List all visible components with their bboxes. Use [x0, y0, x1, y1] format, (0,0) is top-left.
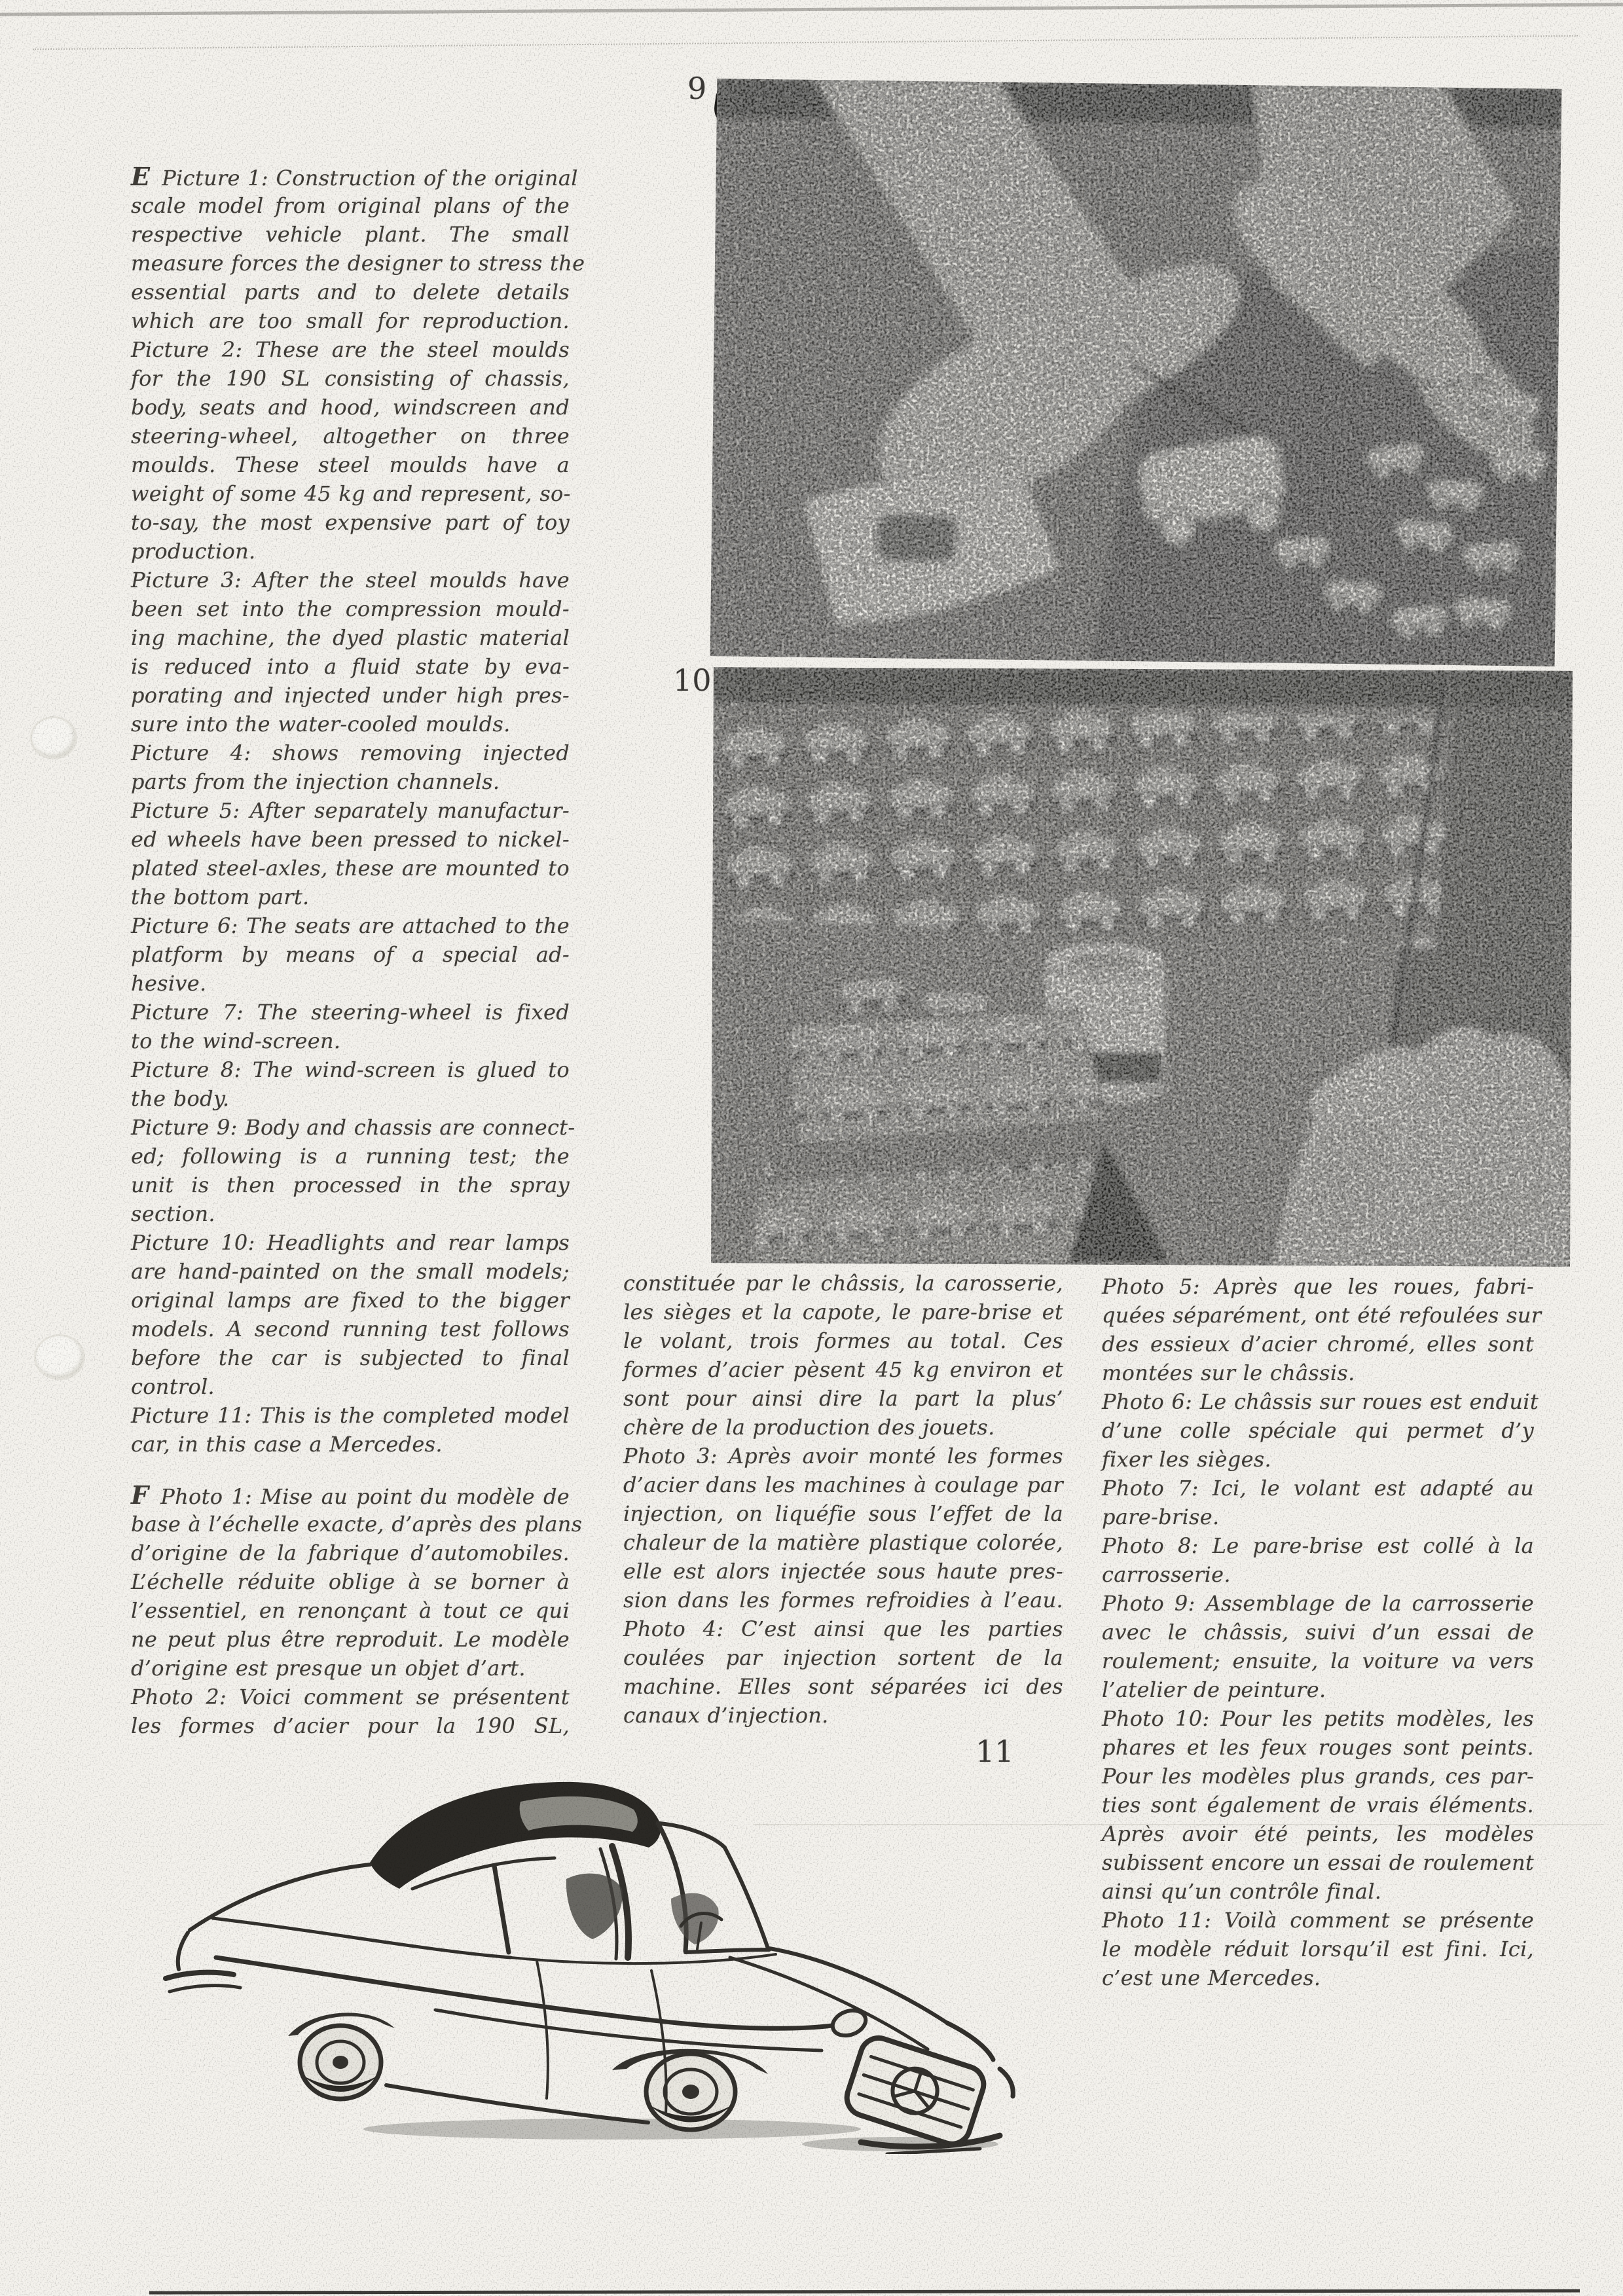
- text-line: unit is then processed in the spray: [131, 1171, 570, 1199]
- text-line: sion dans les formes refroidies à l’eau.: [623, 1586, 1063, 1614]
- text-line: respective vehicle plant. The small: [131, 220, 570, 249]
- text-line: carrosserie.: [1102, 1560, 1534, 1589]
- text-line: chère de la production des jouets.: [623, 1413, 1063, 1442]
- text-line: fixer les sièges.: [1102, 1445, 1534, 1474]
- text-line: ed wheels have been pressed to nickel-: [131, 825, 570, 854]
- scan-bottom-line: [149, 2289, 1580, 2294]
- text-line: subissent encore un essai de roulement: [1102, 1848, 1534, 1877]
- text-line: constituée par le châssis, la carosserie…: [623, 1269, 1063, 1298]
- text-line: Picture 3: After the steel moulds have: [131, 566, 570, 594]
- text-line: plated steel-axles, these are mounted to: [131, 854, 570, 883]
- column-french-middle: constituée par le châssis, la carosserie…: [623, 1269, 1063, 1730]
- text-line: Photo 5: Après que les roues, fabri-: [1102, 1272, 1534, 1301]
- scan-edge-line: [0, 3, 1623, 16]
- text-line: Picture 10: Headlights and rear lamps: [131, 1228, 570, 1257]
- text-line: FPhoto 1: Mise au point du modèle de: [131, 1481, 570, 1510]
- text-line: the bottom part.: [131, 883, 570, 911]
- text-line: les formes d’acier pour la 190 SL,: [131, 1711, 570, 1740]
- text-line: EPicture 1: Construction of the original: [131, 162, 570, 191]
- text-line: d’une colle spéciale qui permet d’y: [1102, 1416, 1534, 1445]
- text-line: ed; following is a running test; the: [131, 1142, 570, 1171]
- text-line: machine. Elles sont séparées ici des: [623, 1672, 1063, 1701]
- column-french-left: FPhoto 1: Mise au point du modèle debase…: [131, 1481, 570, 1740]
- text-line: is reduced into a fluid state by eva-: [131, 652, 570, 681]
- text-line: Photo 3: Après avoir monté les formes: [623, 1442, 1063, 1470]
- plate-number-9: 9: [687, 71, 706, 106]
- text-line: c’est une Mercedes.: [1102, 1963, 1534, 1992]
- text-line: moulds. These steel moulds have a: [131, 450, 570, 479]
- text-line: roulement; ensuite, la voiture va vers: [1102, 1647, 1534, 1675]
- column-english: EPicture 1: Construction of the original…: [131, 162, 570, 1459]
- text-line: chaleur de la matière plastique colorée,: [623, 1528, 1063, 1557]
- text-line: elle est alors injectée sous haute pres-: [623, 1557, 1063, 1586]
- text-line: d’origine de la fabrique d’automobiles.: [131, 1539, 570, 1567]
- text-line: Picture 8: The wind-screen is glued to: [131, 1055, 570, 1084]
- text-line: body, seats and hood, windscreen and: [131, 393, 570, 422]
- text-line: hesive.: [131, 969, 570, 998]
- text-line: Photo 8: Le pare-brise est collé à la: [1102, 1531, 1534, 1560]
- text-line: sont pour ainsi dire la part la plus’: [623, 1384, 1063, 1413]
- text-line: original lamps are fixed to the bigger: [131, 1286, 570, 1315]
- text-line: essential parts and to delete details: [131, 278, 570, 306]
- text-line: le volant, trois formes au total. Ces: [623, 1326, 1063, 1355]
- text-line: Photo 9: Assemblage de la carrosserie: [1102, 1589, 1534, 1618]
- text-line: for the 190 SL consisting of chassis,: [131, 364, 570, 393]
- column-french-right: Photo 5: Après que les roues, fabri-quée…: [1102, 1272, 1534, 1992]
- text-line: ainsi qu’un contrôle final.: [1102, 1877, 1534, 1906]
- text-line: Pour les modèles plus grands, ces par-: [1102, 1762, 1534, 1791]
- text-line: porating and injected under high pres-: [131, 681, 570, 710]
- text-line: section.: [131, 1199, 570, 1228]
- text-line: car, in this case a Mercedes.: [131, 1430, 570, 1459]
- text-line: coulées par injection sortent de la: [623, 1643, 1063, 1672]
- text-line: base à l’échelle exacte, d’après des pla…: [131, 1510, 570, 1539]
- text-line: steering-wheel, altogether on three: [131, 422, 570, 450]
- scan-dotted-streak: [33, 35, 1578, 50]
- photo-9-hands-assembling-model-cars: [710, 79, 1562, 666]
- text-line: models. A second running test follows: [131, 1315, 570, 1343]
- text-line: control.: [131, 1372, 570, 1401]
- photo-10-painting-model-cars: [711, 667, 1573, 1267]
- text-line: pare-brise.: [1102, 1503, 1534, 1531]
- text-line: Picture 5: After separately manufactur-: [131, 796, 570, 825]
- text-line: ne peut plus être reproduit. Le modèle: [131, 1625, 570, 1654]
- text-line: scale model from original plans of the: [131, 191, 570, 220]
- text-line: l’atelier de peinture.: [1102, 1675, 1534, 1704]
- text-line: Picture 2: These are the steel moulds: [131, 335, 570, 364]
- text-line: montées sur le châssis.: [1102, 1358, 1534, 1387]
- text-line: formes d’acier pèsent 45 kg environ et: [623, 1355, 1063, 1384]
- text-line: des essieux d’acier chromé, elles sont: [1102, 1330, 1534, 1358]
- plate-number-10: 10: [673, 663, 712, 698]
- text-line: sure into the water-cooled moulds.: [131, 710, 570, 738]
- text-line: quées séparément, ont été refoulées sur: [1102, 1301, 1534, 1330]
- text-line: l’essentiel, en renonçant à tout ce qui: [131, 1596, 570, 1625]
- section-letter: E: [131, 162, 150, 191]
- text-line: Photo 6: Le châssis sur roues est enduit: [1102, 1387, 1534, 1416]
- text-line: d’origine est presque un objet d’art.: [131, 1654, 570, 1683]
- text-line: Photo 11: Voilà comment se présente: [1102, 1906, 1534, 1935]
- punch-hole: [30, 716, 77, 759]
- text-line: Photo 7: Ici, le volant est adapté au: [1102, 1474, 1534, 1503]
- text-line: to the wind-screen.: [131, 1027, 570, 1055]
- text-line: Photo 2: Voici comment se présentent: [131, 1683, 570, 1711]
- text-line: avec le châssis, suivi d’un essai de: [1102, 1618, 1534, 1647]
- text-line: production.: [131, 537, 570, 566]
- text-line: which are too small for reproduction.: [131, 306, 570, 335]
- text-line: injection, on liquéfie sous l’effet de l…: [623, 1499, 1063, 1528]
- text-line: Photo 4: C’est ainsi que les parties: [623, 1614, 1063, 1643]
- text-line: d’acier dans les machines à coulage par: [623, 1470, 1063, 1499]
- text-line: phares et les feux rouges sont peints.: [1102, 1733, 1534, 1762]
- text-line: before the car is subjected to final: [131, 1343, 570, 1372]
- text-line: ties sont également de vrais éléments.: [1102, 1791, 1534, 1819]
- text-line: the body.: [131, 1084, 570, 1113]
- text-line: Picture 7: The steering-wheel is fixed: [131, 998, 570, 1027]
- text-line: le modèle réduit lorsqu’il est fini. Ici…: [1102, 1935, 1534, 1963]
- punch-hole: [34, 1334, 85, 1380]
- text-line: to-say, the most expensive part of toy: [131, 508, 570, 537]
- text-line: weight of some 45 kg and represent, so-: [131, 479, 570, 508]
- text-line: Picture 4: shows removing injected: [131, 738, 570, 767]
- text-line: been set into the compression mould-: [131, 594, 570, 623]
- section-letter: F: [131, 1480, 149, 1510]
- text-line: Photo 10: Pour les petits modèles, les: [1102, 1704, 1534, 1733]
- text-line: les sièges et la capote, le pare-brise e…: [623, 1298, 1063, 1326]
- text-line: platform by means of a special ad-: [131, 940, 570, 969]
- scanned-document-page: 9: [0, 0, 1623, 2296]
- photo-11-mercedes-model-drawing: [154, 1761, 1025, 2154]
- text-line: parts from the injection channels.: [131, 767, 570, 796]
- text-line: canaux d’injection.: [623, 1701, 1063, 1730]
- text-line: ing machine, the dyed plastic material: [131, 623, 570, 652]
- text-line: Picture 11: This is the completed model: [131, 1401, 570, 1430]
- text-line: measure forces the designer to stress th…: [131, 249, 570, 278]
- text-line: Picture 9: Body and chassis are connect-: [131, 1113, 570, 1142]
- text-line: Picture 6: The seats are attached to the: [131, 911, 570, 940]
- text-line: L’échelle réduite oblige à se borner à: [131, 1567, 570, 1596]
- text-line: are hand-painted on the small models;: [131, 1257, 570, 1286]
